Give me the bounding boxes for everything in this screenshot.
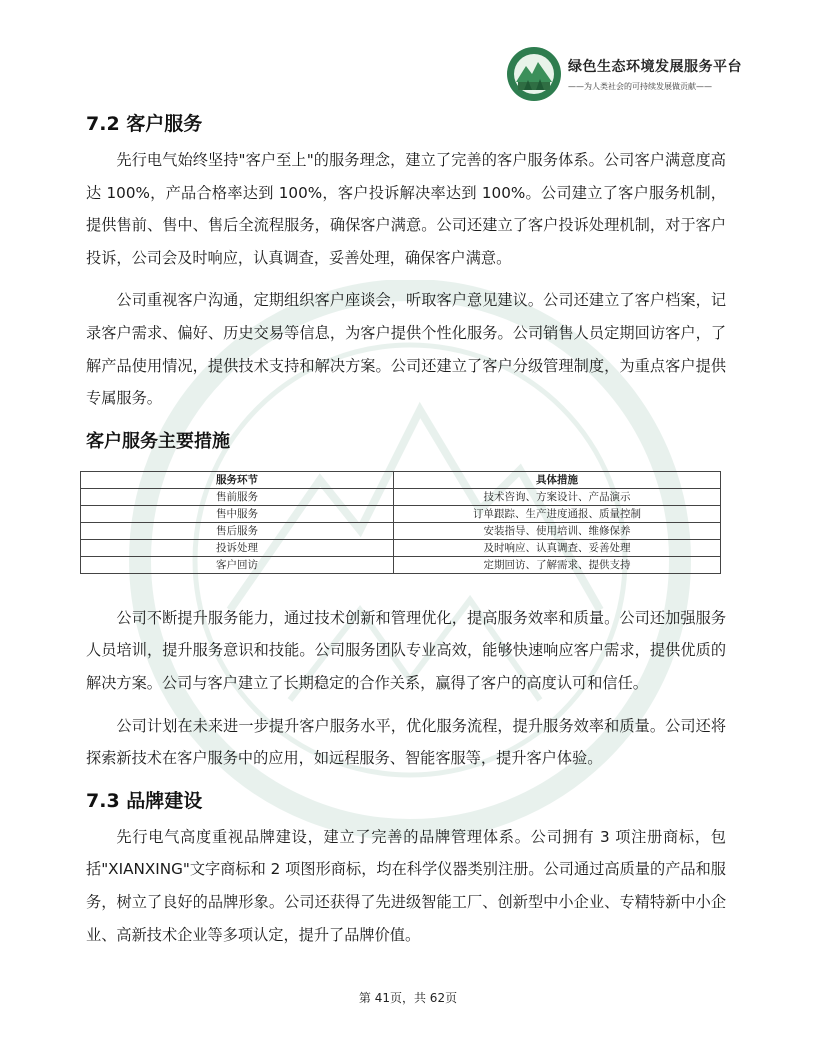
measures-table-wrapper: 服务环节 具体措施 售前服务 技术咨询、方案设计、产品演示 售中服务 订单跟踪、… — [86, 471, 726, 574]
table-row: 售后服务 安装指导、使用培训、维修保养 — [81, 522, 721, 539]
customer-service-measures-table: 服务环节 具体措施 售前服务 技术咨询、方案设计、产品演示 售中服务 订单跟踪、… — [80, 471, 721, 574]
cell-measures: 定期回访、了解需求、提供支持 — [394, 556, 721, 573]
table-row: 售前服务 技术咨询、方案设计、产品演示 — [81, 488, 721, 505]
cell-measures: 订单跟踪、生产进度通报、质量控制 — [394, 505, 721, 522]
column-header-measures: 具体措施 — [394, 471, 721, 488]
column-header-stage: 服务环节 — [81, 471, 394, 488]
section-heading-7-3: 7.3 品牌建设 — [86, 785, 726, 817]
platform-title: 绿色生态环境发展服务平台 — [568, 56, 742, 76]
page-header: 绿色生态环境发展服务平台 ——为人类社会的可持续发展做贡献—— — [506, 46, 742, 102]
cell-measures: 技术咨询、方案设计、产品演示 — [394, 488, 721, 505]
table-row: 客户回访 定期回访、了解需求、提供支持 — [81, 556, 721, 573]
paragraph: 公司不断提升服务能力，通过技术创新和管理优化，提高服务效率和质量。公司还加强服务… — [86, 602, 726, 700]
cell-stage: 售中服务 — [81, 505, 394, 522]
paragraph: 先行电气始终坚持"客户至上"的服务理念，建立了完善的客户服务体系。公司客户满意度… — [86, 144, 726, 274]
cell-measures: 安装指导、使用培训、维修保养 — [394, 522, 721, 539]
table-row: 投诉处理 及时响应、认真调查、妥善处理 — [81, 539, 721, 556]
brand-block: 绿色生态环境发展服务平台 ——为人类社会的可持续发展做贡献—— — [568, 56, 742, 92]
cell-stage: 售前服务 — [81, 488, 394, 505]
table-row: 售中服务 订单跟踪、生产进度通报、质量控制 — [81, 505, 721, 522]
table-heading: 客户服务主要措施 — [86, 427, 726, 457]
cell-stage: 售后服务 — [81, 522, 394, 539]
green-ecology-logo-icon — [506, 46, 562, 102]
table-header-row: 服务环节 具体措施 — [81, 471, 721, 488]
cell-stage: 投诉处理 — [81, 539, 394, 556]
page-number: 第 41页，共 62页 — [0, 989, 816, 1006]
cell-stage: 客户回访 — [81, 556, 394, 573]
cell-measures: 及时响应、认真调查、妥善处理 — [394, 539, 721, 556]
paragraph: 公司计划在未来进一步提升客户服务水平，优化服务流程，提升服务效率和质量。公司还将… — [86, 710, 726, 775]
section-heading-7-2: 7.2 客户服务 — [86, 108, 726, 140]
platform-slogan: ——为人类社会的可持续发展做贡献—— — [568, 81, 742, 92]
page-content: 7.2 客户服务 先行电气始终坚持"客户至上"的服务理念，建立了完善的客户服务体… — [86, 108, 726, 961]
paragraph: 先行电气高度重视品牌建设，建立了完善的品牌管理体系。公司拥有 3 项注册商标，包… — [86, 821, 726, 951]
paragraph: 公司重视客户沟通，定期组织客户座谈会，听取客户意见建议。公司还建立了客户档案，记… — [86, 284, 726, 414]
